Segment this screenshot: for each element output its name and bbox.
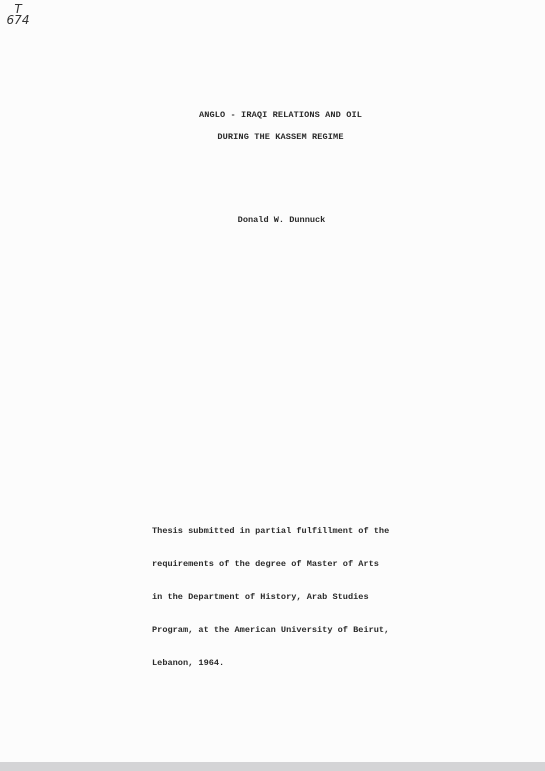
thesis-statement: Thesis submitted in partial fulfillment …: [152, 504, 452, 691]
statement-line: Lebanon, 1964.: [152, 658, 452, 669]
call-number-value: 674: [6, 15, 30, 26]
statement-line: Program, at the American University of B…: [152, 625, 452, 636]
author-name: Donald W. Dunnuck: [0, 215, 545, 225]
document-page: T 674 ANGLO - IRAQI RELATIONS AND OIL DU…: [0, 0, 545, 762]
thesis-title-line-2: DURING THE KASSEM REGIME: [8, 132, 545, 142]
viewer-bottom-bar: [0, 762, 545, 771]
statement-line: Thesis submitted in partial fulfillment …: [152, 526, 452, 537]
thesis-title-line-1: ANGLO - IRAQI RELATIONS AND OIL: [8, 110, 545, 120]
call-number: T 674: [6, 4, 30, 26]
statement-line: requirements of the degree of Master of …: [152, 559, 452, 570]
statement-line: in the Department of History, Arab Studi…: [152, 592, 452, 603]
